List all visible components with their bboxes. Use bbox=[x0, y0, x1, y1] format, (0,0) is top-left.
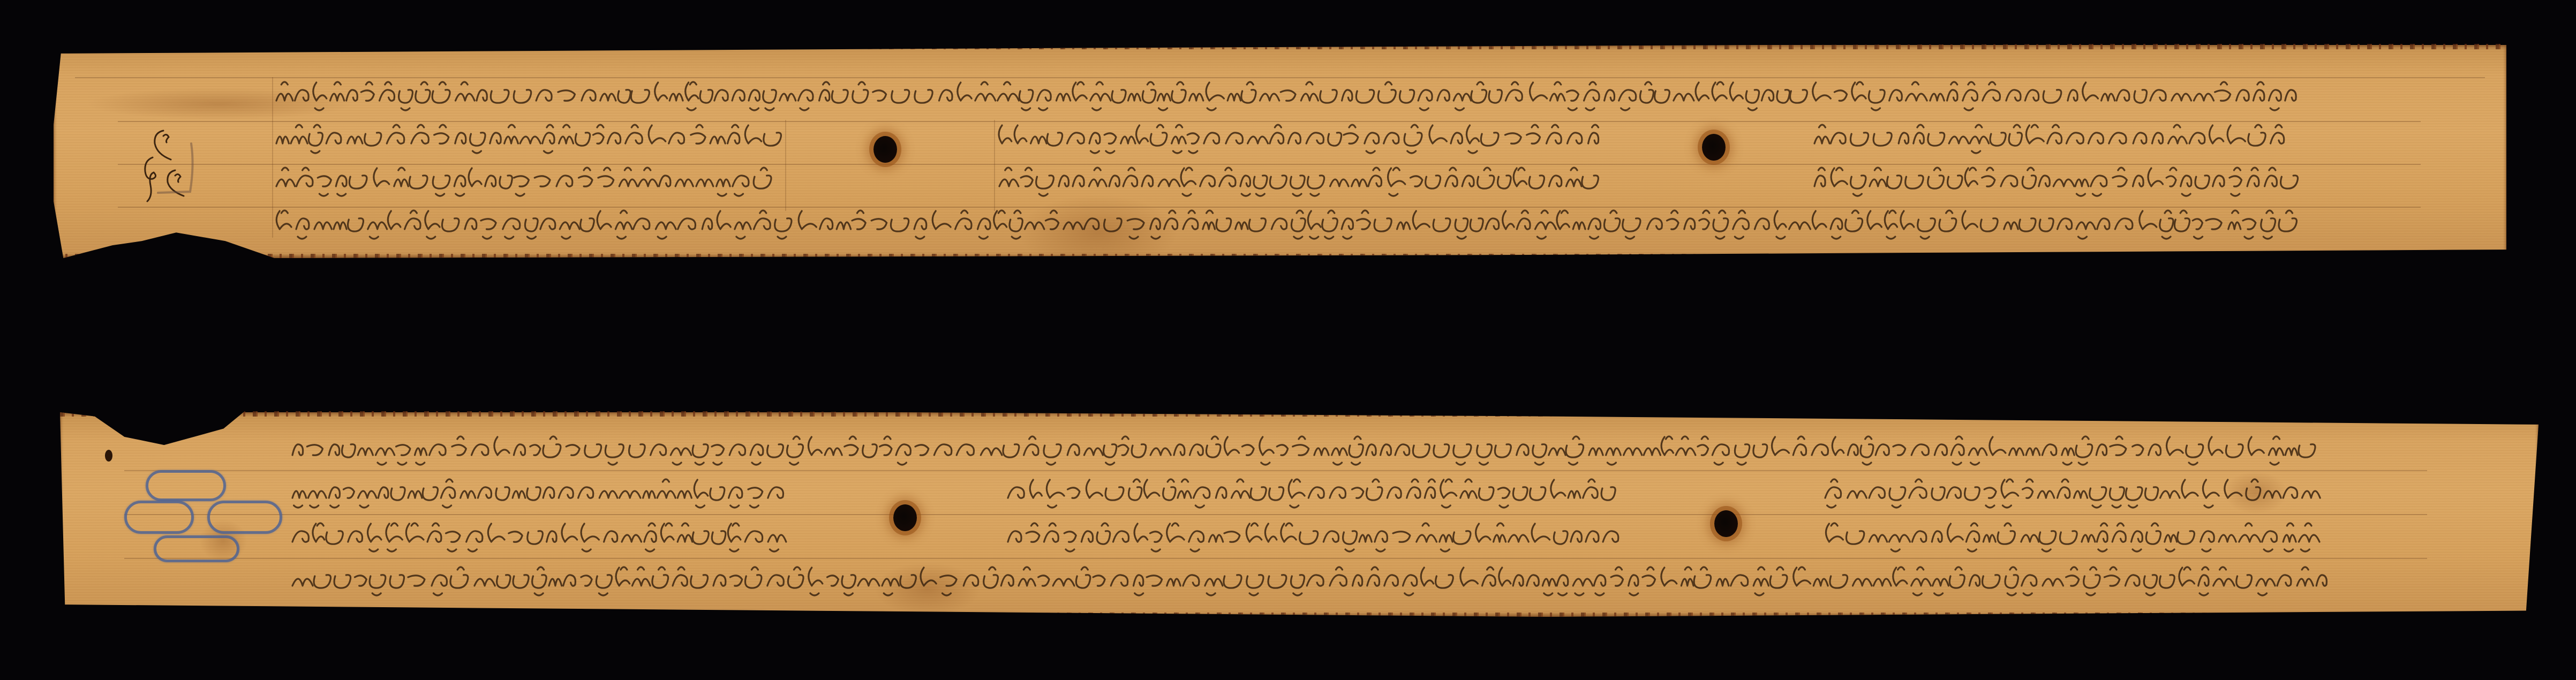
text-line-3-col-1 bbox=[273, 163, 782, 200]
text-line-4 bbox=[289, 562, 2340, 600]
text-line-2-col-2 bbox=[1005, 474, 1621, 512]
blue-mark bbox=[207, 501, 282, 534]
ruling-line bbox=[124, 514, 2427, 515]
text-line-3-col-2 bbox=[996, 163, 1612, 200]
palm-leaf-1: Leaf 1 (upper) bbox=[54, 45, 2506, 258]
text-line-1 bbox=[289, 432, 2324, 469]
binding-hole bbox=[1714, 510, 1738, 537]
ruling-line bbox=[124, 558, 2427, 559]
leaf-edge-top bbox=[60, 411, 2539, 417]
text-line-2-col-3 bbox=[1822, 474, 2331, 512]
leaf-edge-bottom bbox=[60, 613, 2539, 618]
blue-mark bbox=[154, 535, 239, 562]
text-line-1 bbox=[273, 77, 2308, 115]
text-line-3-col-3 bbox=[1811, 163, 2304, 200]
text-line-3-col-3 bbox=[1822, 518, 2331, 556]
text-line-3-col-1 bbox=[289, 518, 798, 556]
text-line-2-col-1 bbox=[273, 120, 782, 157]
column-rule bbox=[785, 120, 786, 211]
text-line-3-col-2 bbox=[1005, 518, 1621, 556]
palm-leaf-2: Leaf 2 (lower) bbox=[60, 412, 2539, 617]
column-rule bbox=[994, 120, 995, 211]
leaf-edge-top bbox=[54, 44, 2506, 49]
binding-hole bbox=[873, 136, 897, 163]
text-line-2-col-2 bbox=[996, 120, 1612, 157]
ruling-line bbox=[124, 470, 2427, 471]
page-numeral bbox=[142, 120, 206, 211]
blue-mark bbox=[124, 501, 194, 534]
text-line-2-col-1 bbox=[289, 474, 798, 512]
ink-dot bbox=[105, 450, 112, 462]
blue-mark bbox=[146, 470, 226, 501]
leaf-edge-bottom bbox=[54, 254, 2506, 259]
binding-hole bbox=[893, 504, 917, 531]
leaf-1-label: Leaf 1 (upper) bbox=[54, 45, 54, 46]
text-line-2-col-3 bbox=[1811, 120, 2304, 157]
text-line-4 bbox=[273, 206, 2308, 243]
binding-hole bbox=[1702, 134, 1726, 161]
